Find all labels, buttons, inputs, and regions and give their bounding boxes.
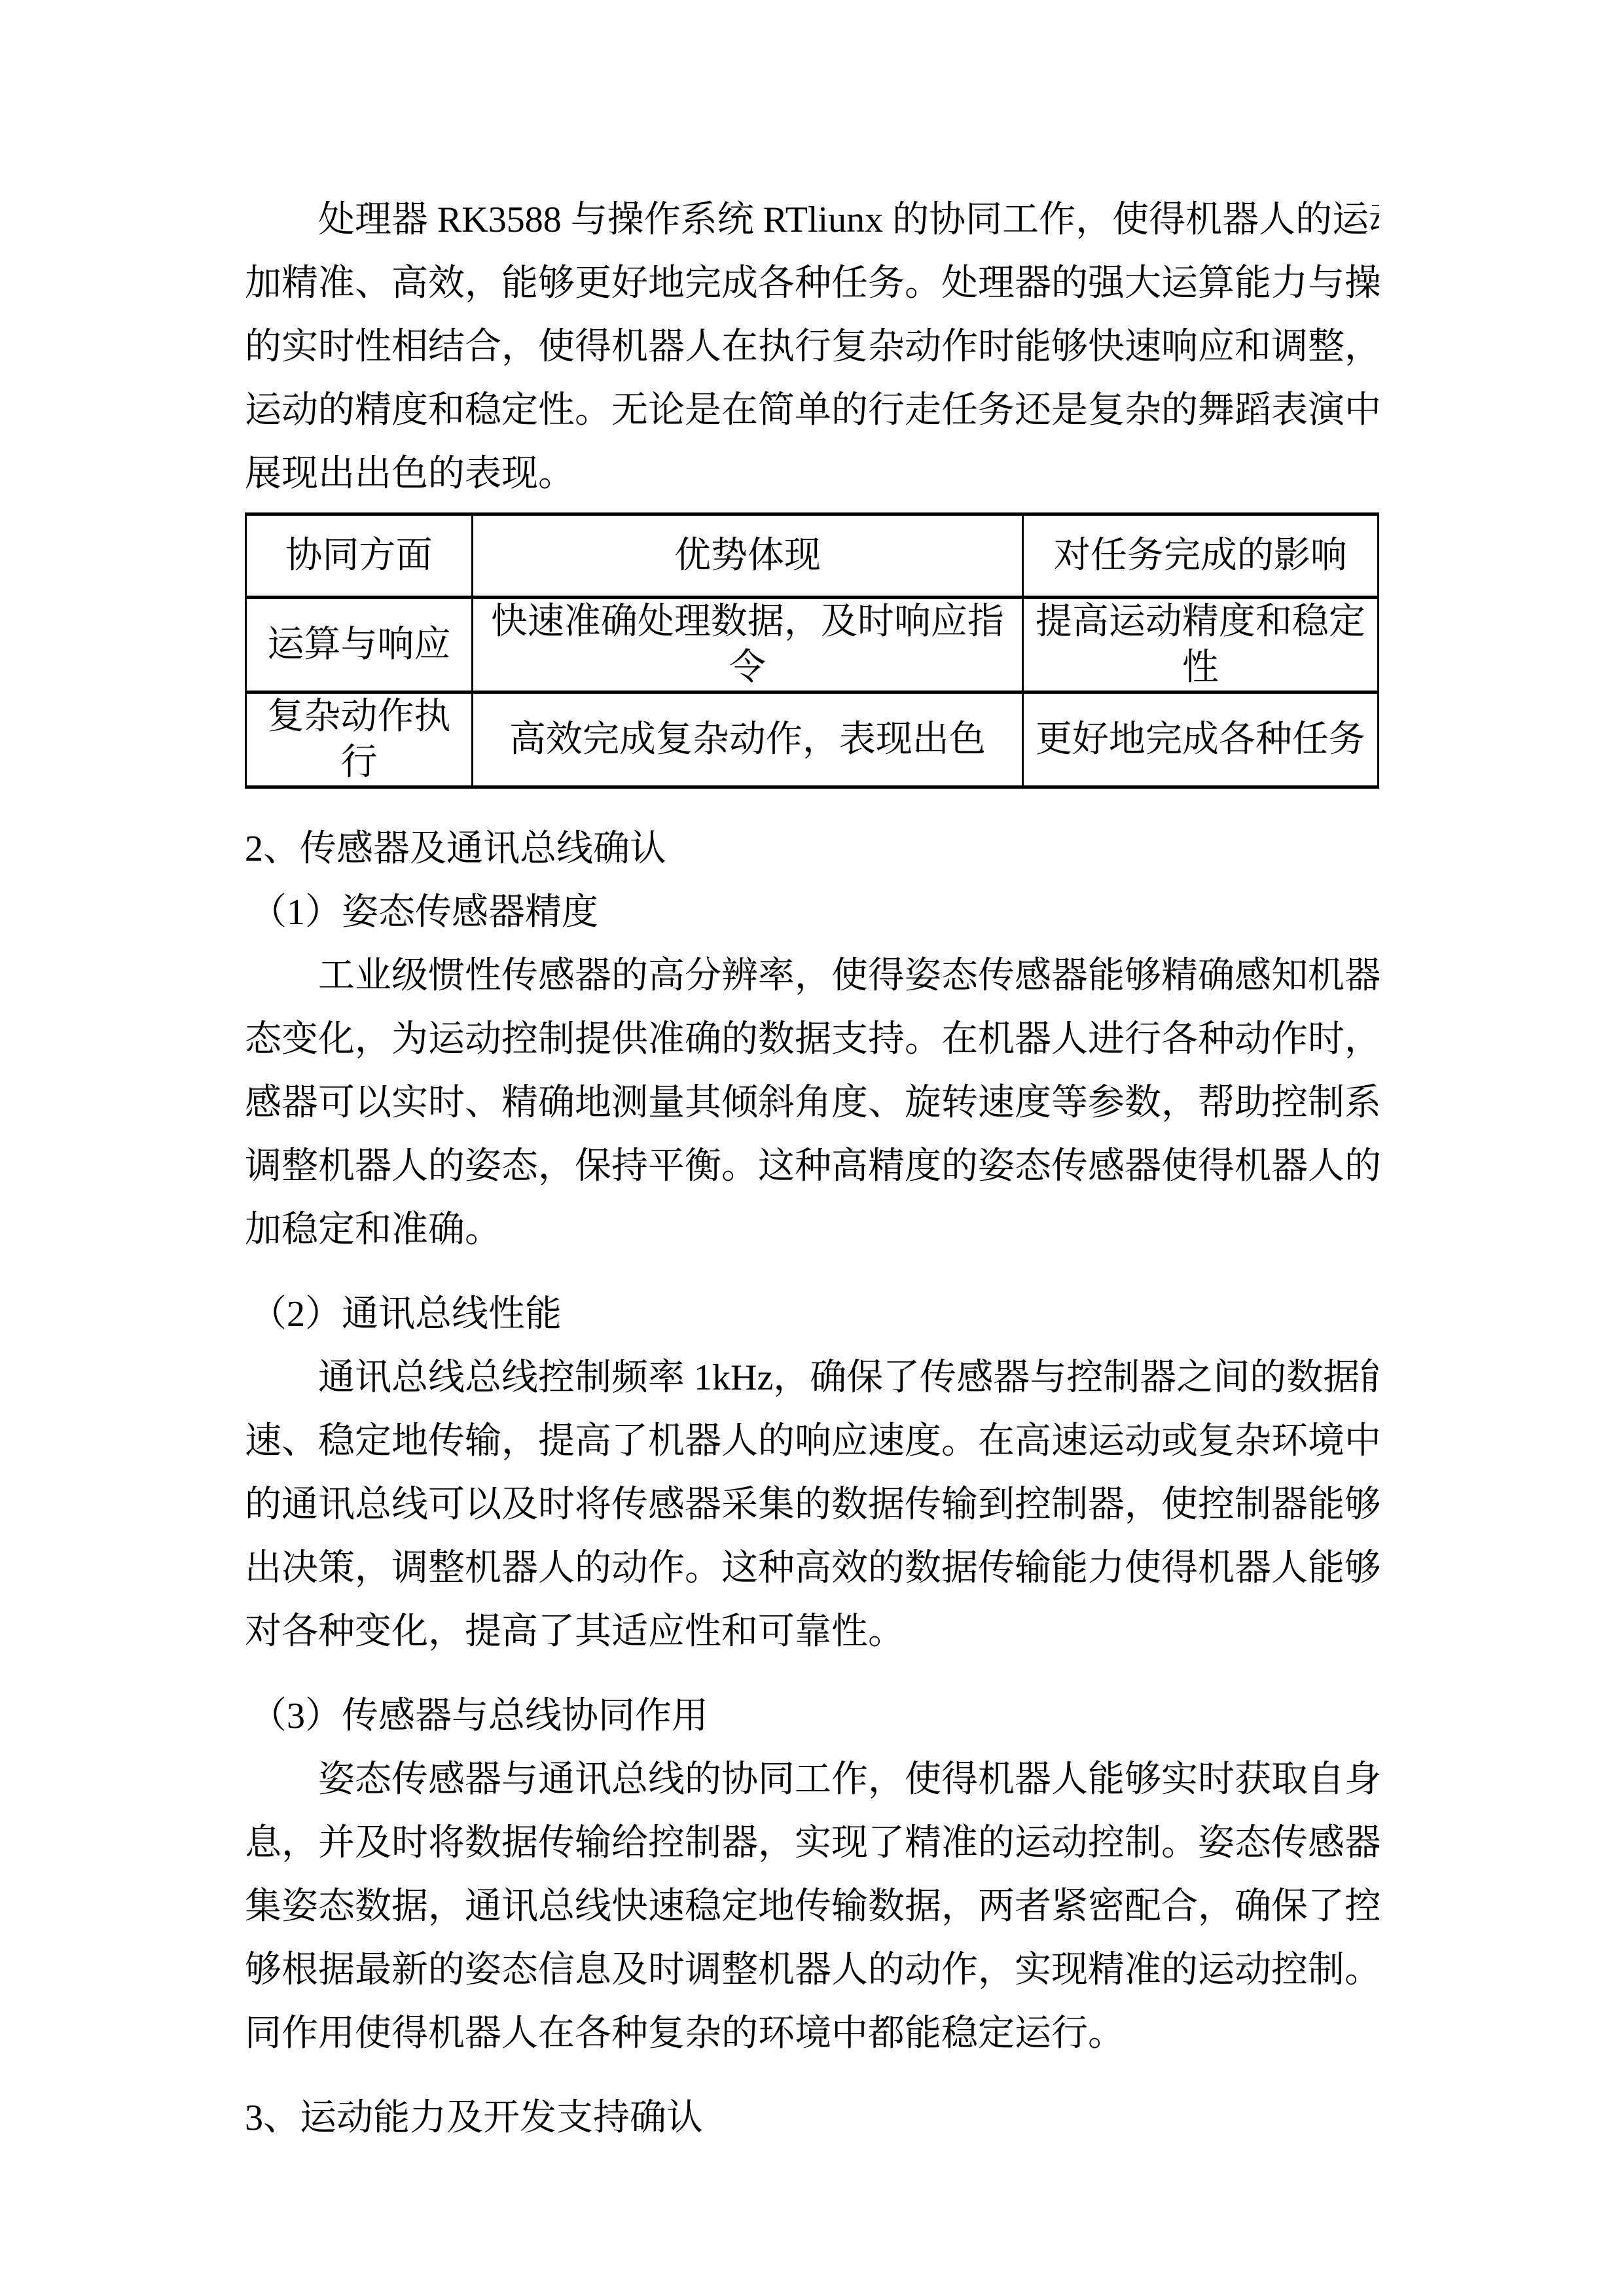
text-line: 处理器 RK3588 与操作系统 RTliunx 的协同工作，使得机器人的运动控… <box>245 188 1379 252</box>
text-line: 息，并及时将数据传输给控制器，实现了精准的运动控制。姿态传感器精确采 <box>245 1812 1379 1875</box>
text-line: 的实时性相结合，使得机器人在执行复杂动作时能够快速响应和调整，提高了 <box>245 315 1379 379</box>
text-line: 速、稳定地传输，提高了机器人的响应速度。在高速运动或复杂环境中，高频 <box>245 1410 1379 1473</box>
subsection-heading-attitude-sensor: （1）姿态传感器精度 <box>245 881 1379 944</box>
section-heading-sensors-bus: 2、传感器及通讯总线确认 <box>245 817 1379 881</box>
table-cell: 更好地完成各种任务 <box>1022 692 1378 787</box>
text-line: 加稳定和准确。 <box>245 1198 1379 1262</box>
table-header-impact: 对任务完成的影响 <box>1022 514 1378 598</box>
subsection-heading-bus-performance: （2）通讯总线性能 <box>245 1283 1379 1346</box>
text-line: 通讯总线总线控制频率 1kHz，确保了传感器与控制器之间的数据能够快 <box>245 1346 1379 1410</box>
table-cell: 高效完成复杂动作，表现出色 <box>473 692 1023 787</box>
table-cell: 提高运动精度和稳定性 <box>1022 598 1378 692</box>
paragraph-processor-os: 处理器 RK3588 与操作系统 RTliunx 的协同工作，使得机器人的运动控… <box>245 188 1379 506</box>
text-line: 加精准、高效，能够更好地完成各种任务。处理器的强大运算能力与操作系统 <box>245 252 1379 315</box>
table-row: 复杂动作执行 高效完成复杂动作，表现出色 更好地完成各种任务 <box>246 692 1379 787</box>
table-row: 运算与响应 快速准确处理数据，及时响应指令 提高运动精度和稳定性 <box>246 598 1379 692</box>
document-page: 处理器 RK3588 与操作系统 RTliunx 的协同工作，使得机器人的运动控… <box>0 0 1624 2296</box>
table-header-row: 协同方面 优势体现 对任务完成的影响 <box>246 514 1379 598</box>
text-line: 出决策，调整机器人的动作。这种高效的数据传输能力使得机器人能够实时应 <box>245 1537 1379 1600</box>
text-line: 集姿态数据，通讯总线快速稳定地传输数据，两者紧密配合，确保了控制器能 <box>245 1875 1379 1939</box>
text-line: 同作用使得机器人在各种复杂的环境中都能稳定运行。 <box>245 2002 1379 2066</box>
section-heading-motion-dev-support: 3、运动能力及开发支持确认 <box>245 2087 1379 2150</box>
text-line: 够根据最新的姿态信息及时调整机器人的动作，实现精准的运动控制。这种协 <box>245 1939 1379 2002</box>
text-line: 展现出出色的表现。 <box>245 442 1379 506</box>
table-cell: 运算与响应 <box>246 598 473 692</box>
text-line: 态变化，为运动控制提供准确的数据支持。在机器人进行各种动作时，姿态传 <box>245 1008 1379 1071</box>
text-line: 的通讯总线可以及时将传感器采集的数据传输到控制器，使控制器能够迅速做 <box>245 1473 1379 1537</box>
table-header-aspect: 协同方面 <box>246 514 473 598</box>
paragraph-attitude-sensor: 工业级惯性传感器的高分辨率，使得姿态传感器能够精确感知机器人的姿 态变化，为运动… <box>245 944 1379 1262</box>
subsection-heading-sensor-bus-synergy: （3）传感器与总线协同作用 <box>245 1685 1379 1748</box>
text-line: 对各种变化，提高了其适应性和可靠性。 <box>245 1600 1379 1664</box>
table-cell: 复杂动作执行 <box>246 692 473 787</box>
paragraph-sensor-bus-synergy: 姿态传感器与通讯总线的协同工作，使得机器人能够实时获取自身姿态信 息，并及时将数… <box>245 1748 1379 2066</box>
text-line: 调整机器人的姿态，保持平衡。这种高精度的姿态传感器使得机器人的运动更 <box>245 1135 1379 1198</box>
text-line: 姿态传感器与通讯总线的协同工作，使得机器人能够实时获取自身姿态信 <box>245 1748 1379 1812</box>
collaboration-table: 协同方面 优势体现 对任务完成的影响 运算与响应 快速准确处理数据，及时响应指令… <box>245 512 1379 789</box>
text-line: 运动的精度和稳定性。无论是在简单的行走任务还是复杂的舞蹈表演中，都能 <box>245 379 1379 442</box>
paragraph-bus-performance: 通讯总线总线控制频率 1kHz，确保了传感器与控制器之间的数据能够快 速、稳定地… <box>245 1346 1379 1664</box>
text-line: 感器可以实时、精确地测量其倾斜角度、旋转速度等参数，帮助控制系统及时 <box>245 1071 1379 1135</box>
table-cell: 快速准确处理数据，及时响应指令 <box>473 598 1023 692</box>
table-header-advantage: 优势体现 <box>473 514 1023 598</box>
text-line: 工业级惯性传感器的高分辨率，使得姿态传感器能够精确感知机器人的姿 <box>245 944 1379 1008</box>
